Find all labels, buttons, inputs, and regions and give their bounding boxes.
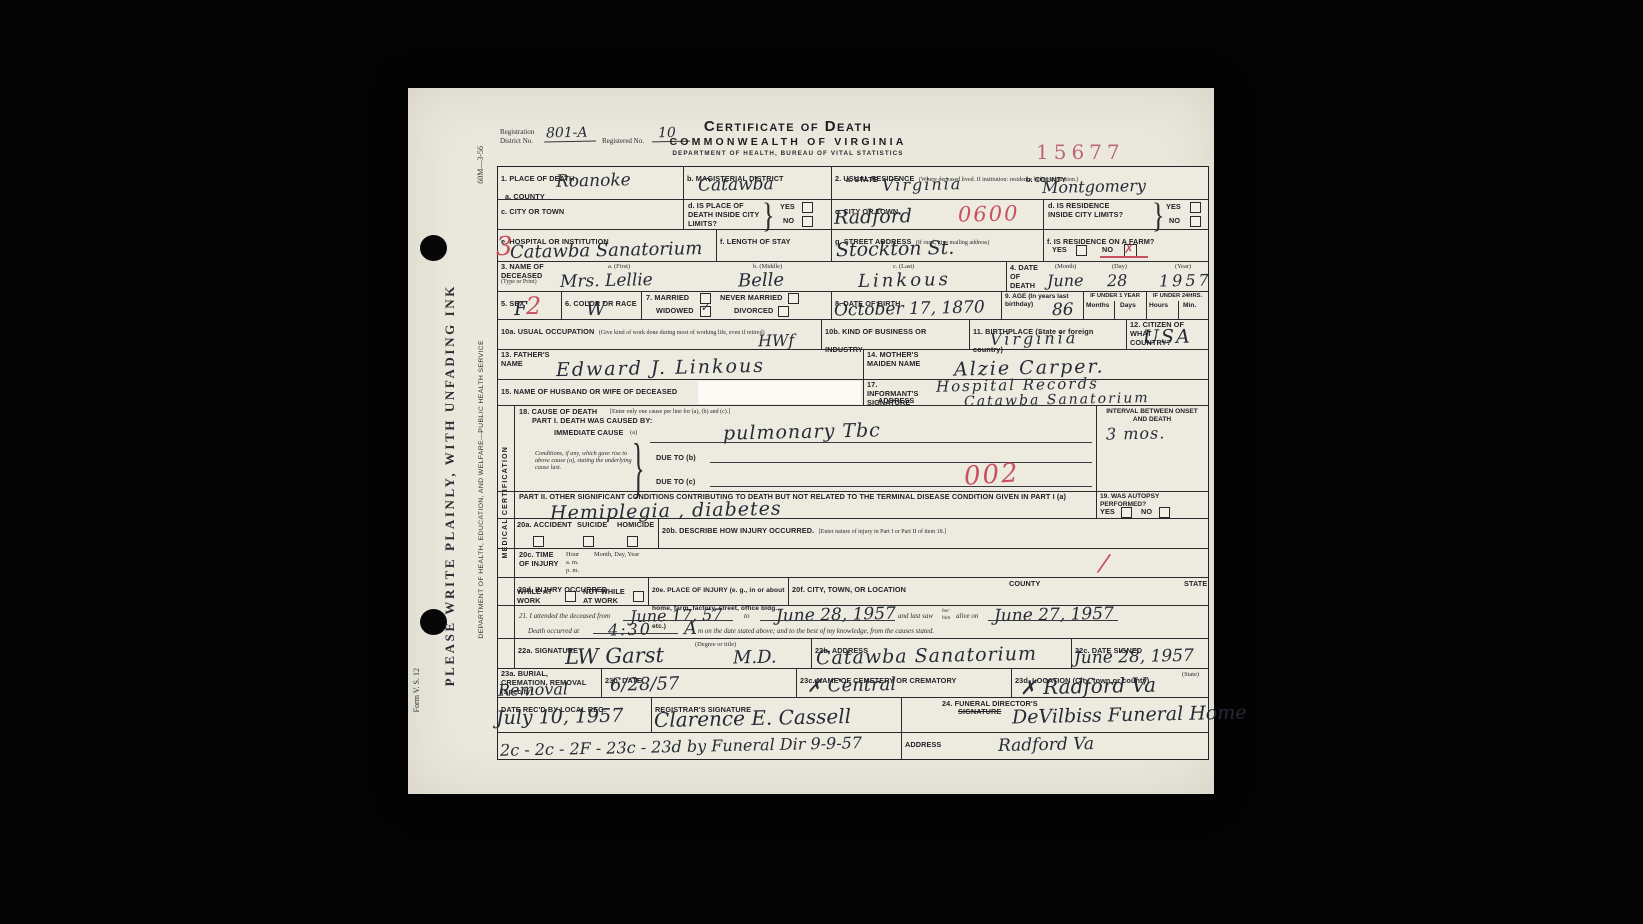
burial-location-value: ✗ Radford Va <box>1020 675 1156 698</box>
amendment-codes-value: 2c - 2c - 2F - 23c - 23d by Funeral Dir … <box>500 735 862 759</box>
occupation-label: 10a. USUAL OCCUPATION <box>501 327 594 336</box>
yes-checkbox <box>1190 202 1201 213</box>
accident-label: 20a. ACCIDENT <box>517 521 572 530</box>
birthplace-value: Virginia <box>990 330 1079 348</box>
death-certificate-scan: 60M—3-56 PLEASE WRITE PLAINLY, WITH UNFA… <box>408 88 1214 794</box>
row-spouse-informant: 15. NAME OF HUSBAND OR WIFE OF DECEASED … <box>498 379 1208 405</box>
row-city-limits: c. CITY OR TOWN d. IS PLACE OF DEATH INS… <box>498 199 1208 229</box>
death-day-value: 28 <box>1107 273 1128 289</box>
field-date-of-death: 4. DATE OF DEATH (Month) (Day) (Year) Ju… <box>1006 262 1208 291</box>
no-label: NO <box>1102 246 1113 255</box>
field-residence-inside-limits: d. IS RESIDENCE INSIDE CITY LIMITS? } YE… <box>1043 200 1208 229</box>
year-label: (Year) <box>1175 263 1191 270</box>
interval-label: INTERVAL BETWEEN ONSET AND DEATH <box>1100 408 1204 424</box>
degree-title-label: (Degree or title) <box>695 641 736 648</box>
death-month-value: June <box>1047 273 1084 290</box>
field-marital-status: 7. MARRIED NEVER MARRIED WIDOWED ✓ DIVOR… <box>641 292 831 319</box>
to-line <box>760 604 895 621</box>
field-birthplace: 11. BIRTHPLACE (State or foreign country… <box>969 320 1126 349</box>
widowed-label: WIDOWED <box>656 307 694 316</box>
father-name-label: 13. FATHER'S NAME <box>501 351 551 369</box>
cause-of-death-note: [Enter only one cause per line for (a), … <box>610 409 730 416</box>
row-place-residence: 1. PLACE OF DEATH a. COUNTY Roanoke b. M… <box>498 167 1208 199</box>
field-injury-city: 20f. CITY, TOWN, OR LOCATION COUNTY STAT… <box>788 578 1208 605</box>
mother-maiden-label: 14. MOTHER'S MAIDEN NAME <box>867 351 927 369</box>
field-sex: 5. SEX F 2 <box>498 292 561 319</box>
pm-label: p. m. <box>566 567 579 574</box>
print-code: 60M—3-56 <box>476 146 485 184</box>
last-saw-text: and last saw <box>898 612 933 620</box>
due-to-b-label: DUE TO (b) <box>656 454 696 463</box>
immediate-cause-label: IMMEDIATE CAUSE <box>554 429 623 438</box>
check-mark: ✓ <box>701 301 710 314</box>
hospital-value: Catawba Sanatorium <box>510 240 703 262</box>
divider <box>1178 301 1179 319</box>
spouse-name-label: 15. NAME OF HUSBAND OR WIFE OF DECEASED <box>501 387 677 396</box>
bureau-line: DEPARTMENT OF HEALTH, BUREAU OF VITAL ST… <box>628 150 948 157</box>
while-at-work-label: WHILE AT WORK <box>517 588 563 606</box>
district-no-label: District No. <box>500 137 533 145</box>
yes-checkbox <box>1076 245 1087 256</box>
residence-city-value: Radford <box>834 207 912 228</box>
autopsy-no-checkbox <box>1159 507 1170 518</box>
residence-city-code: 0600 <box>958 203 1020 225</box>
commonwealth-subtitle: COMMONWEALTH OF VIRGINIA <box>628 136 948 148</box>
field-autopsy: 19. WAS AUTOPSY PERFORMED? YES NO <box>1096 492 1208 518</box>
red-code-stamp: 002 <box>963 458 1021 492</box>
suicide-label: SUICIDE <box>577 521 607 530</box>
field-hospital-institution: e. HOSPITAL OR INSTITUTION 3 Catawba San… <box>498 230 716 261</box>
no-label: NO <box>1141 508 1152 517</box>
row-attended-statement: 21. I attended the deceased from June 17… <box>498 605 1208 638</box>
last-name-value: Linkous <box>858 271 951 291</box>
magisterial-district-value: Catawba <box>698 176 774 195</box>
section-cause-of-death: 18. CAUSE OF DEATH [Enter only one cause… <box>498 405 1208 491</box>
while-at-work-checkbox <box>565 591 576 602</box>
row-burial: 23a. BURIAL, CREMATION, REMOVAL (Specify… <box>498 668 1208 697</box>
registrar-value: Clarence E. Cassell <box>654 706 851 730</box>
occupation-note: (Give kind of work done during most of w… <box>599 330 765 336</box>
funeral-director-label2: SIGNATURE <box>958 708 1001 717</box>
field-physician-signature: 22a. SIGNATURE (Degree or title) LW Gars… <box>515 639 811 668</box>
min-label: Min. <box>1183 302 1196 310</box>
day-label: (Day) <box>1112 263 1127 270</box>
no-label: NO <box>1169 217 1180 226</box>
funeral-address-label: ADDRESS <box>905 740 941 749</box>
burial-date-value: 6/28/57 <box>610 675 680 694</box>
field-magisterial-district: b. MAGISTERIAL DISTRICT Catawba <box>683 167 831 199</box>
interval-divider <box>1096 406 1097 492</box>
never-married-label: NEVER MARRIED <box>720 294 783 303</box>
hour-label: Hour <box>566 551 579 558</box>
field-city-of-death: c. CITY OR TOWN <box>498 200 683 229</box>
field-if-under-1-year: IF UNDER 1 YEAR Months Days <box>1083 292 1146 319</box>
field-cemetery-name: 23c. NAME OF CEMETERY OR CREMATORY ✗ Cen… <box>796 669 1011 697</box>
row-time-of-injury: 20c. TIME OF INJURY Hour Month, Day, Yea… <box>498 548 1208 577</box>
funeral-director-value: DeVilbiss Funeral Home <box>1012 704 1247 728</box>
cause-a-value: pulmonary Tbc <box>723 421 881 443</box>
homicide-checkbox <box>627 536 638 547</box>
field-place-of-injury: 20e. PLACE OF INJURY (e. g., in or about… <box>648 578 788 605</box>
father-name-value: Edward J. Linkous <box>556 357 765 380</box>
field-burial-type: 23a. BURIAL, CREMATION, REMOVAL (Specify… <box>498 669 601 697</box>
field-accident-suicide-homicide: 20a. ACCIDENT SUICIDE HOMICIDE <box>515 519 658 548</box>
street-address-value: Stockton St. <box>836 239 955 260</box>
row-part2-autopsy: PART II. OTHER SIGNIFICANT CONDITIONS CO… <box>498 491 1208 518</box>
field-color-or-race: 6. COLOR OR RACE W <box>561 292 641 319</box>
field-age: 9. AGE (In years last birthday) 86 <box>1001 292 1083 319</box>
registration-label: Registration <box>500 128 534 136</box>
field-physician-address: 22b. ADDRESS Catawba Sanatorium <box>811 639 1071 668</box>
to-text: to <box>744 612 749 620</box>
row-parents: 13. FATHER'S NAME Edward J. Linkous 14. … <box>498 349 1208 379</box>
field-registrar-signature: REGISTRAR'S SIGNATURE Clarence E. Cassel… <box>651 698 901 732</box>
alive-line <box>988 604 1118 621</box>
months-label: Months <box>1086 302 1109 310</box>
statement-tail-text: m on the date stated above; and to the b… <box>698 627 934 635</box>
suicide-checkbox <box>583 536 594 547</box>
red-x-mark: ✗ <box>1124 242 1134 256</box>
field-date-received: DATE REC'D BY LOCAL REG. July 10, 1957 <box>498 698 651 732</box>
county-label: COUNTY <box>1009 580 1040 589</box>
row-injury-location: 20d. INJURY OCCURRED WHILE AT WORK NOT W… <box>498 577 1208 605</box>
month-day-year-label: Month, Day, Year <box>594 551 639 558</box>
field-describe-injury: 20b. DESCRIBE HOW INJURY OCCURRED. [Ente… <box>658 519 1208 548</box>
describe-injury-note: [Enter nature of injury in Part I or Par… <box>819 529 946 535</box>
death-year-value: 1957 <box>1159 272 1212 289</box>
field-informant: 17. INFORMANT'S SIGNATURE Hospital Recor… <box>863 380 1208 405</box>
field-street-address: g. STREET ADDRESS (If rural, give mailin… <box>831 230 1043 261</box>
field-citizen-of: 12. CITIZEN OF WHAT COUNTRY? USA <box>1126 320 1208 349</box>
field-injury-occurred: 20d. INJURY OCCURRED WHILE AT WORK NOT W… <box>515 578 648 605</box>
interval-value: 3 mos. <box>1106 425 1166 442</box>
state-label: STATE <box>1184 580 1207 589</box>
yes-label: YES <box>1100 508 1115 517</box>
no-checkbox <box>802 216 813 227</box>
certificate-title: Certificate of Death <box>628 118 948 135</box>
due-to-b-line <box>710 446 1092 463</box>
field-date-signed: 22c. DATE SIGNED June 28, 1957 <box>1071 639 1208 668</box>
name-of-deceased-label: 3. NAME OF DECEASED <box>501 263 561 281</box>
first-name-value: Mrs. Lellie <box>560 272 653 291</box>
under-24hrs-label: IF UNDER 24HRS. <box>1150 293 1205 300</box>
hours-label: Hours <box>1149 302 1168 310</box>
first-name-label: a. (First) <box>608 263 630 270</box>
cemetery-value: ✗ Central <box>807 676 897 696</box>
field-residence-on-farm: f. IS RESIDENCE ON A FARM? YES NO ✗ <box>1043 230 1208 261</box>
field-father-name: 13. FATHER'S NAME Edward J. Linkous <box>498 350 863 379</box>
yes-checkbox <box>802 202 813 213</box>
yes-label: YES <box>1052 246 1067 255</box>
field-spouse-name: 15. NAME OF HUSBAND OR WIFE OF DECEASED <box>498 380 863 405</box>
divorced-label: DIVORCED <box>734 307 773 316</box>
under-1-year-label: IF UNDER 1 YEAR <box>1087 293 1143 300</box>
row-physician-signature: 22a. SIGNATURE (Degree or title) LW Gars… <box>498 638 1208 668</box>
date-of-death-label: 4. DATE OF DEATH <box>1010 264 1044 290</box>
field-burial-date: 23b. DATE 6/28/57 <box>601 669 796 697</box>
funeral-address-value: Radford Va <box>998 736 1094 755</box>
field-funeral-address: ADDRESS Radford Va <box>901 733 1208 759</box>
accident-checkbox <box>533 536 544 547</box>
homicide-label: HOMICIDE <box>617 521 654 530</box>
field-death-inside-limits: d. IS PLACE OF DEATH INSIDE CITY LIMITS?… <box>683 200 831 229</box>
days-label: Days <box>1120 302 1136 310</box>
field-funeral-director: 24. FUNERAL DIRECTOR'S SIGNATURE DeVilbi… <box>901 698 1208 732</box>
row-bottom-codes: 2c - 2c - 2F - 23c - 23d by Funeral Dir … <box>498 732 1208 759</box>
certificate-serial-number: 15677 <box>1036 140 1125 164</box>
row-occupation: 10a. USUAL OCCUPATION (Give kind of work… <box>498 319 1208 349</box>
occupation-value: HWf <box>758 333 795 350</box>
date-signed-value: June 28, 1957 <box>1074 648 1194 668</box>
ampm-value: A <box>684 620 697 638</box>
date-received-value: July 10, 1957 <box>496 707 624 729</box>
field-amendment-codes: 2c - 2c - 2F - 23c - 23d by Funeral Dir … <box>498 733 901 759</box>
dept-welfare-label: DEPARTMENT OF HEALTH, EDUCATION, AND WEL… <box>478 340 485 639</box>
due-to-c-line <box>710 470 1092 487</box>
row-sex-race-marital: 5. SEX F 2 6. COLOR OR RACE W 7. MARRIED… <box>498 291 1208 319</box>
him-text: him <box>942 615 950 621</box>
date-of-birth-value: October 17, 1870 <box>834 299 985 319</box>
yes-label: YES <box>1166 203 1181 212</box>
no-label: NO <box>783 217 794 226</box>
citizen-value: USA <box>1143 327 1192 347</box>
field-county-of-death: 1. PLACE OF DEATH a. COUNTY Roanoke <box>498 167 683 199</box>
field-burial-location: 23d. LOCATION (City, town or county) (St… <box>1011 669 1208 697</box>
row-accident-suicide: 20a. ACCIDENT SUICIDE HOMICIDE 20b. DESC… <box>498 518 1208 548</box>
state-note: (State) <box>1182 671 1199 678</box>
widowed-checkbox-checked: ✓ <box>700 306 711 317</box>
describe-injury-label: 20b. DESCRIBE HOW INJURY OCCURRED. <box>662 526 814 535</box>
row-hospital-street: e. HOSPITAL OR INSTITUTION 3 Catawba San… <box>498 229 1208 261</box>
age-value: 86 <box>1052 302 1074 319</box>
length-of-stay-label: f. LENGTH OF STAY <box>720 237 791 246</box>
field-length-of-stay: f. LENGTH OF STAY <box>716 230 831 261</box>
type-or-print-note: (Type or Print) <box>501 279 537 286</box>
degree-value: M.D. <box>733 649 777 668</box>
divider <box>1114 301 1115 319</box>
middle-name-value: Belle <box>738 272 784 291</box>
residence-county-value: Montgomery <box>1042 178 1146 196</box>
month-label: (Month) <box>1055 263 1076 270</box>
red-tally-mark: / <box>1098 551 1109 576</box>
field-name-of-deceased: 3. NAME OF DECEASED (Type or Print) a. (… <box>498 262 1006 291</box>
whiteout-patch <box>698 381 861 404</box>
her-text: her <box>942 608 949 614</box>
field-if-under-24hrs: IF UNDER 24HRS. Hours Min. <box>1146 292 1208 319</box>
not-while-at-work-checkbox <box>633 591 644 602</box>
autopsy-yes-checkbox <box>1121 507 1132 518</box>
physician-signature-value: LW Garst <box>565 645 664 668</box>
residence-inside-limits-label: d. IS RESIDENCE INSIDE CITY LIMITS? <box>1048 202 1126 220</box>
not-while-at-work-label: NOT WHILE AT WORK <box>583 588 633 606</box>
certificate-form: 1. PLACE OF DEATH a. COUNTY Roanoke b. M… <box>497 166 1209 760</box>
field-usual-occupation: 10a. USUAL OCCUPATION (Give kind of work… <box>498 320 821 349</box>
time-line <box>593 619 678 634</box>
color-race-value: W <box>586 300 606 319</box>
death-inside-limits-label: d. IS PLACE OF DEATH INSIDE CITY LIMITS? <box>688 202 760 228</box>
write-plainly-label: PLEASE WRITE PLAINLY, WITH UNFADING INK <box>442 284 458 686</box>
district-no-value: 801-A <box>544 125 596 142</box>
conditions-note: Conditions, if any, which gave rise to a… <box>535 450 633 471</box>
time-of-injury-label: 20c. TIME OF INJURY <box>519 551 561 569</box>
field-usual-residence: 2. USUAL RESIDENCE (Where deceased lived… <box>831 167 1208 199</box>
residence-state-value: Virginia <box>882 176 963 194</box>
residence-state-label: a. STATE <box>846 176 878 185</box>
punch-hole-top <box>420 235 447 261</box>
alive-on-text: alive on <box>956 612 978 620</box>
field-date-of-birth: 8. DATE OF BIRTH October 17, 1870 <box>831 292 1001 319</box>
due-to-c-label: DUE TO (c) <box>656 478 695 487</box>
no-checkbox <box>1190 216 1201 227</box>
field-residence-city: c. CITY OR TOWN Radford 0600 <box>831 200 1043 229</box>
red-underline <box>1100 256 1148 258</box>
title-block: Certificate of Death COMMONWEALTH OF VIR… <box>628 118 948 157</box>
field-business-industry: 10b. KIND OF BUSINESS OR INDUSTRY <box>821 320 969 349</box>
divorced-checkbox <box>778 306 789 317</box>
injury-city-label: 20f. CITY, TOWN, OR LOCATION <box>792 585 906 594</box>
form-number: Form V. S. 12 <box>412 668 421 712</box>
married-label: 7. MARRIED <box>646 294 689 303</box>
sex-code: 2 <box>526 294 542 318</box>
am-label: a. m. <box>566 559 579 566</box>
physician-address-value: Catawba Sanatorium <box>816 645 1037 669</box>
part1-label: PART I. DEATH WAS CAUSED BY: <box>532 417 652 426</box>
row-registrar-funeral: DATE REC'D BY LOCAL REG. July 10, 1957 R… <box>498 697 1208 732</box>
county-value: Roanoke <box>556 172 631 191</box>
row-name-dateofdeath: 3. NAME OF DECEASED (Type or Print) a. (… <box>498 261 1208 291</box>
yes-label: YES <box>780 203 795 212</box>
death-occurred-text: Death occurred at <box>528 627 579 635</box>
city-of-death-label: c. CITY OR TOWN <box>501 207 564 216</box>
never-married-checkbox <box>788 293 799 304</box>
